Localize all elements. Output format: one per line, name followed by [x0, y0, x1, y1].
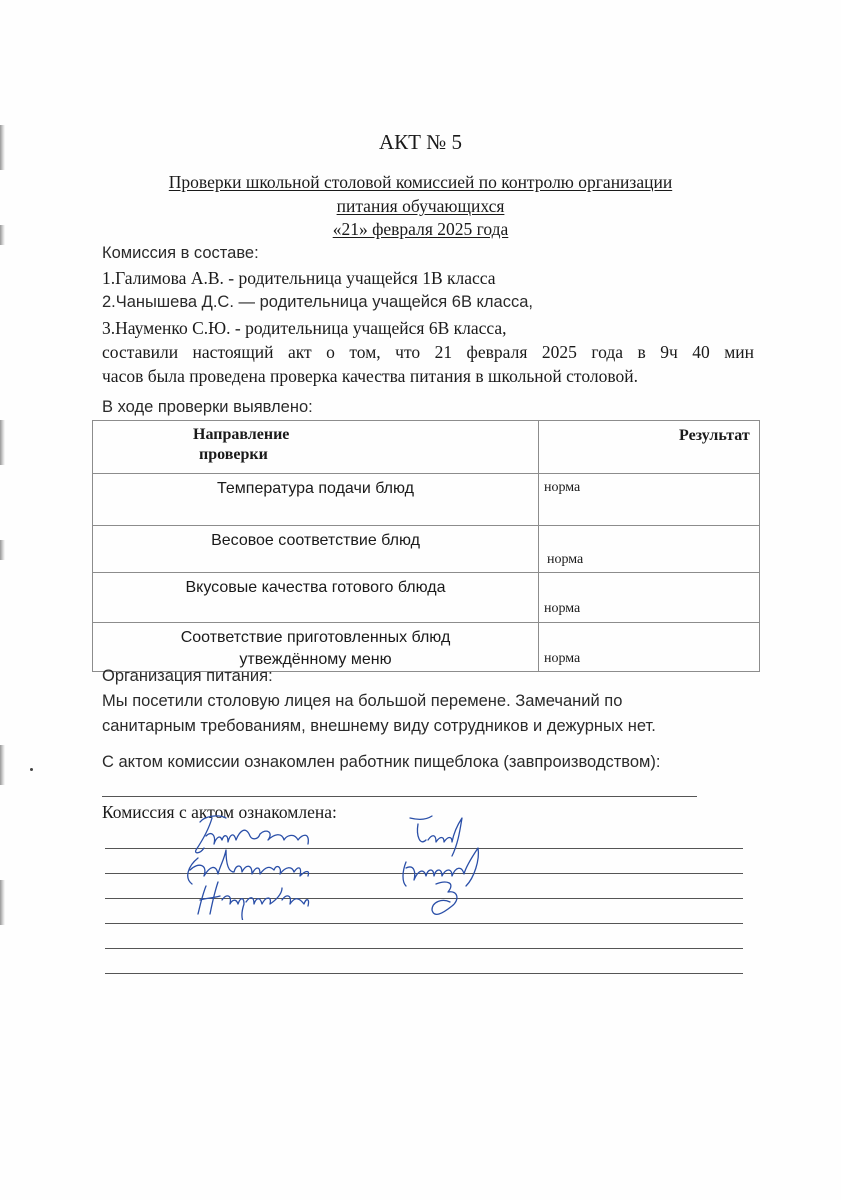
scan-artifact [0, 540, 5, 560]
organization-label: Организация питания: [102, 667, 273, 686]
table-header-row: Направление проверки Результат [93, 421, 760, 474]
row-direction: Соответствие приготовленных блюд утвеждё… [93, 623, 539, 672]
subtitle-line-1: Проверки школьной столовой комиссией по … [0, 172, 841, 193]
signature-line[interactable] [105, 948, 743, 949]
organization-line-1: Мы посетили столовую лицея на большой пе… [102, 692, 622, 711]
member-2: 2.Чанышева Д.С. — родительница учащейся … [102, 293, 533, 312]
signature-galimova [196, 816, 309, 853]
statement-line-1: составили настоящий акт о том, что 21 фе… [102, 342, 754, 363]
row-result: норма [539, 474, 760, 526]
row-direction: Весовое соответствие блюд [93, 526, 539, 573]
signature-initials-3 [432, 882, 457, 914]
results-table: Направление проверки Результат Температу… [92, 420, 760, 672]
signature-chanysheva [188, 850, 309, 884]
result-value: норма [547, 552, 583, 568]
row-result: норма [539, 573, 760, 623]
member-3: 3.Науменко С.Ю. - родительница учащейся … [102, 318, 507, 339]
scan-artifact [0, 880, 5, 925]
signature-initials-2 [403, 848, 478, 886]
table-row: Вкусовые качества готового блюда норма [93, 573, 760, 623]
table-row: Весовое соответствие блюд норма [93, 526, 760, 573]
scan-artifact [0, 745, 5, 785]
header-result: Результат [539, 421, 760, 474]
result-value: норма [544, 480, 580, 496]
commission-label: Комиссия в составе: [102, 244, 259, 263]
header-direction: Направление проверки [93, 421, 539, 474]
header-direction-line2: проверки [193, 445, 538, 465]
signature-initials-1 [410, 816, 462, 856]
signature-line[interactable] [105, 973, 743, 974]
subtitle-date: «21» февраля 2025 года [0, 219, 841, 240]
row-direction: Температура подачи блюд [93, 474, 539, 526]
row-direction: Вкусовые качества готового блюда [93, 573, 539, 623]
organization-line-2: санитарным требованиям, внешнему виду со… [102, 717, 656, 736]
findings-label: В ходе проверки выявлено: [102, 398, 313, 417]
scan-speck [30, 768, 33, 771]
signature-line[interactable] [105, 923, 743, 924]
signature-naumenko [198, 882, 309, 920]
header-direction-line1: Направление [193, 425, 538, 445]
worker-signature-line[interactable] [102, 796, 697, 797]
member-1: 1.Галимова А.В. - родительница учащейся … [102, 268, 496, 289]
worker-acknowledgement: С актом комиссии ознакомлен работник пищ… [102, 753, 660, 772]
handwritten-signatures [170, 810, 530, 920]
row-direction-line1: Соответствие приготовленных блюд [93, 627, 538, 649]
row-result: норма [539, 526, 760, 573]
statement-line-2: часов была проведена проверка качества п… [102, 366, 638, 387]
result-value: норма [544, 651, 580, 667]
scan-artifact [0, 420, 5, 465]
row-result: норма [539, 623, 760, 672]
subtitle-line-2: питания обучающихся [0, 196, 841, 217]
document-title: АКТ № 5 [0, 130, 841, 155]
table-row: Соответствие приготовленных блюд утвеждё… [93, 623, 760, 672]
table-row: Температура подачи блюд норма [93, 474, 760, 526]
result-value: норма [544, 601, 580, 617]
